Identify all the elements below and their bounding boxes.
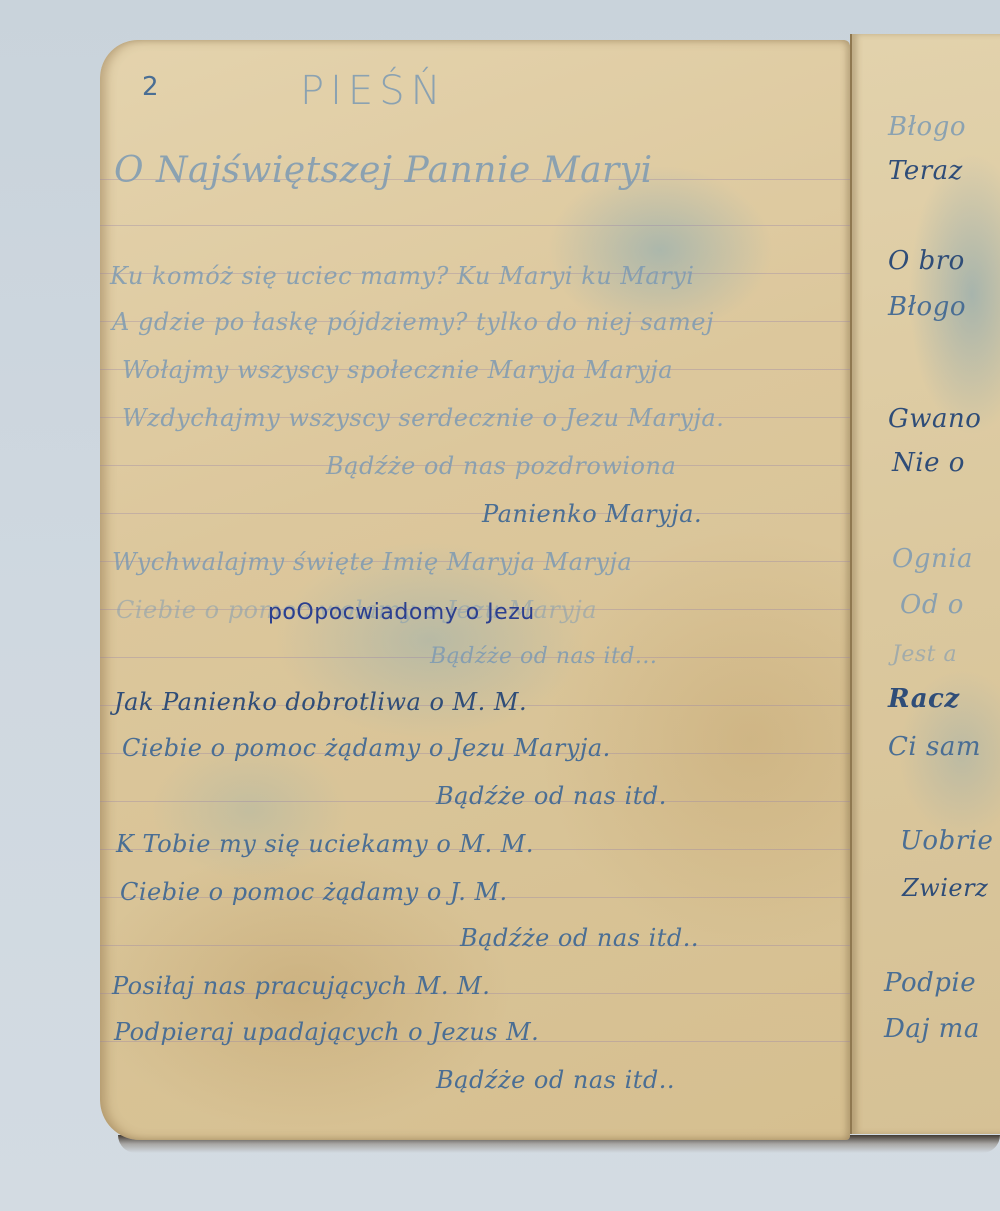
verse-line: Ci sam bbox=[888, 732, 981, 762]
verse-line: O bro bbox=[888, 246, 965, 276]
verse-line: K Tobie my się uciekamy o M. M. bbox=[116, 830, 534, 858]
verse-line: Błogo bbox=[888, 112, 966, 142]
verse-line: Teraz bbox=[888, 156, 963, 186]
verse-line: Gwano bbox=[888, 404, 981, 434]
ruled-line bbox=[100, 513, 850, 514]
refrain-line: Panienko Maryja. bbox=[482, 500, 702, 528]
verse-line: Ognia bbox=[892, 544, 973, 574]
page-number: 2 bbox=[142, 72, 159, 102]
verse-line: Nie o bbox=[892, 448, 965, 478]
ruled-line bbox=[100, 225, 850, 226]
verse-line: Jak Panienko dobrotliwa o M. M. bbox=[114, 688, 527, 716]
song-heading: PIEŚŃ bbox=[300, 68, 447, 114]
verse-line: Ciebie o pomoc żądamy o Jezu Maryja. bbox=[122, 734, 611, 762]
refrain-line: Bądźże od nas itd.. bbox=[436, 1066, 675, 1094]
verse-line: Błogo bbox=[888, 292, 966, 322]
verse-line: Ku komóż się uciec mamy? Ku Maryi ku Mar… bbox=[110, 262, 694, 290]
verse-line: Ciebie o pomoc żądamy o J. M. bbox=[120, 878, 508, 906]
verse-line: Od o bbox=[900, 590, 964, 620]
verse-line: Jest a bbox=[892, 642, 957, 667]
verse-line: Podpie bbox=[884, 968, 976, 998]
refrain-line: Bądźże od nas itd. bbox=[436, 782, 667, 810]
song-title: O Najświętszej Pannie Maryi bbox=[114, 150, 653, 191]
verse-line: Wzdychajmy wszyscy serdecznie o Jezu Mar… bbox=[122, 404, 724, 432]
verse-line: Wychwalajmy święte Imię Maryja Maryja bbox=[112, 548, 632, 576]
verse-line: Podpieraj upadających o Jezus M. bbox=[114, 1018, 539, 1046]
verse-line: Daj ma bbox=[884, 1014, 980, 1044]
verse-line: A gdzie po łaskę pójdziemy? tylko do nie… bbox=[112, 308, 714, 336]
refrain-line: Bądźże od nas itd... bbox=[430, 644, 657, 669]
verse-line: Posiłaj nas pracujących M. M. bbox=[112, 972, 490, 1000]
overwritten-line: poOpocwiadomy o Jezu bbox=[268, 600, 535, 625]
verse-line: Racz bbox=[888, 684, 960, 714]
verse-line: Zwierz bbox=[902, 874, 988, 902]
right-page: Błogo Teraz O bro Błogo Gwano Nie o Ogni… bbox=[850, 34, 1000, 1134]
left-page: 2 PIEŚŃ O Najświętszej Pannie Maryi Ku k… bbox=[100, 40, 850, 1140]
verse-line: Wołajmy wszyscy społecznie Maryja Maryja bbox=[122, 356, 673, 384]
refrain-line: Bądźże od nas itd.. bbox=[460, 924, 699, 952]
verse-line: Uobrie bbox=[900, 826, 993, 856]
refrain-line: Bądźże od nas pozdrowiona bbox=[326, 452, 676, 480]
